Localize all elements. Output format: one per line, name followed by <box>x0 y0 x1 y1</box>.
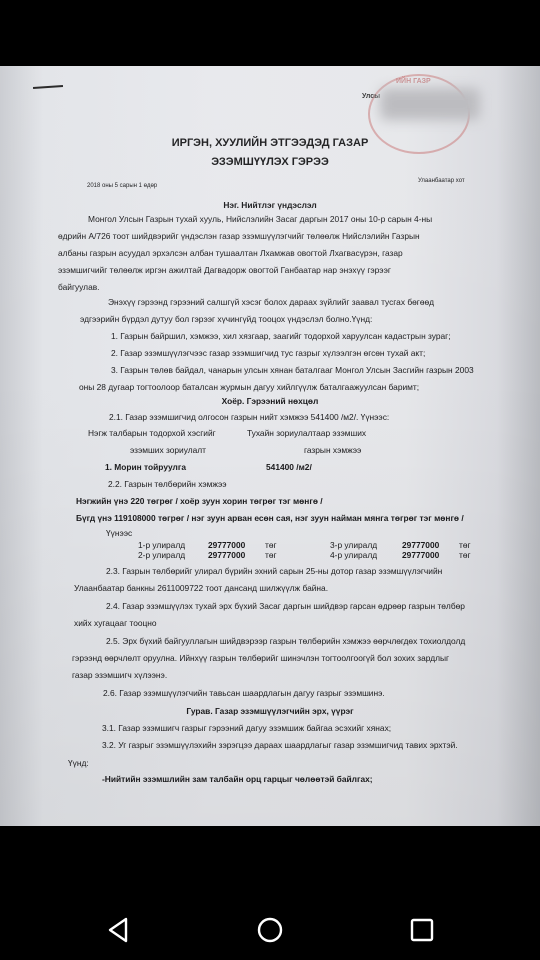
total-price: Бүгд үнэ 119108000 төгрөг / нэг зуун арв… <box>76 513 464 524</box>
p1-line: албаны газрын асуудал эрхэлсэн албан туш… <box>58 248 403 259</box>
clause-2-2: 2.2. Газрын төлбөрийн хэмжээ <box>108 479 227 490</box>
clause-2-3: 2.3. Газрын төлбөрийг улирал бүрийн эхни… <box>106 566 442 577</box>
clause-2-5: гэрээнд өөрчлөлт оруулна. Ийнхүү газрын … <box>72 653 449 664</box>
document-title-line2: ЭЗЭМШҮҮЛЭХ ГЭРЭЭ <box>0 156 540 168</box>
table-header: Нэгж талбарын тодорхой хэсгийг <box>88 428 216 439</box>
table-row-area: 541400 /м2/ <box>266 462 312 473</box>
clause-3-bullet: -Нийтийн эзэмшлийн зам талбайн орц гарцы… <box>102 774 373 785</box>
home-button[interactable] <box>250 910 290 950</box>
unit-price: Нэгжийн үнэ 220 төгрөг / хоёр зуун хорин… <box>76 496 323 507</box>
table-header: эзэмших зориулалт <box>130 445 206 456</box>
clause-2-4: 2.4. Газар эзэмшүүлэх тухай эрх бүхий За… <box>106 601 465 612</box>
section1-heading: Нэг. Нийтлэг үндэслэл <box>0 200 540 211</box>
section2-heading: Хоёр. Гэрээний нөхцөл <box>0 396 540 407</box>
quarter-amount: 29777000 <box>402 550 439 561</box>
clause-2-6: 2.6. Газар эзэмшүүлэгчийн тавьсан шаардл… <box>103 688 385 699</box>
table-row-purpose: 1. Морин тойруулга <box>105 462 186 473</box>
registration-label: Улсы <box>362 93 380 100</box>
pen-mark <box>33 85 63 89</box>
undu-label: Үүнд: <box>68 758 89 769</box>
p1-line: эзэмшигчийг төлөөлж иргэн ажилтай Дагвад… <box>58 265 391 276</box>
quarter-label: 2-р улиралд <box>138 550 185 561</box>
p2-line: эдгээрийн бүрдэл дутуу бол гэрээг хүчинг… <box>80 314 372 325</box>
recents-button[interactable] <box>402 910 442 950</box>
of-which-label: Үүнээс <box>106 528 132 539</box>
back-icon <box>106 916 130 944</box>
p1-line: өдрийн А/726 тоот шийдвэрийг үндэслэн га… <box>58 231 420 242</box>
clause-2-5: газар эзэмшигч хүлээнэ. <box>72 670 167 681</box>
document-date: 2018 оны 5 сарын 1 өдөр <box>87 183 157 189</box>
document-photo: ИЙН ГАЗР Улсы ИРГЭН, ХУУЛИЙН ЭТГЭЭДЭД ГА… <box>0 66 540 826</box>
clause-2-4: хийх хугацааг тооцно <box>74 618 157 629</box>
quarter-unit: төг <box>459 550 471 561</box>
clause-3-2: 3.2. Уг газрыг эзэмшүүлэхийн зэрэгцээ да… <box>102 740 458 751</box>
list-item: оны 28 дугаар тогтоолоор баталсан журмын… <box>79 382 419 393</box>
clause-2-5: 2.5. Эрх бүхий байгууллагын шийдвэрээр г… <box>106 636 465 647</box>
document-city: Улаанбаатар хот <box>418 178 465 184</box>
table-header: Тухайн зориулалтаар эзэмших <box>247 428 366 439</box>
home-icon <box>256 916 284 944</box>
redacted-area <box>380 88 480 120</box>
p1-line: Монгол Улсын Газрын тухай хууль, Нийслэл… <box>88 214 432 225</box>
quarter-unit: төг <box>265 550 277 561</box>
clause-2-1: 2.1. Газар эзэмшигчид олгосон газрын ний… <box>109 412 389 423</box>
status-area <box>0 0 540 66</box>
list-item: 2. Газар эзэмшүүлэгчээс газар эзэмшигчид… <box>111 348 425 359</box>
document-title-line1: ИРГЭН, ХУУЛИЙН ЭТГЭЭДЭД ГАЗАР <box>0 137 540 149</box>
clause-2-3: Улаанбаатар банкны 2611009722 тоот данса… <box>74 583 328 594</box>
quarter-label: 4-р улиралд <box>330 550 377 561</box>
list-item: 3. Газрын төлөв байдал, чанарын улсын хя… <box>111 365 474 376</box>
section3-heading: Гурав. Газар эзэмшүүлэгчийн эрх, үүрэг <box>0 706 540 717</box>
recents-icon <box>409 917 435 943</box>
table-header: газрын хэмжээ <box>304 445 361 456</box>
back-button[interactable] <box>98 910 138 950</box>
p1-line: байгуулав. <box>58 282 100 293</box>
stamp-text: ИЙН ГАЗР <box>396 78 431 85</box>
list-item: 1. Газрын байршил, хэмжээ, хил хязгаар, … <box>111 331 451 342</box>
quarter-amount: 29777000 <box>208 550 245 561</box>
p2-line: Энэхүү гэрээнд гэрээний салшгүй хэсэг бо… <box>108 297 434 308</box>
clause-3-1: 3.1. Газар эзэмшигч газрыг гэрээний дагу… <box>102 723 391 734</box>
